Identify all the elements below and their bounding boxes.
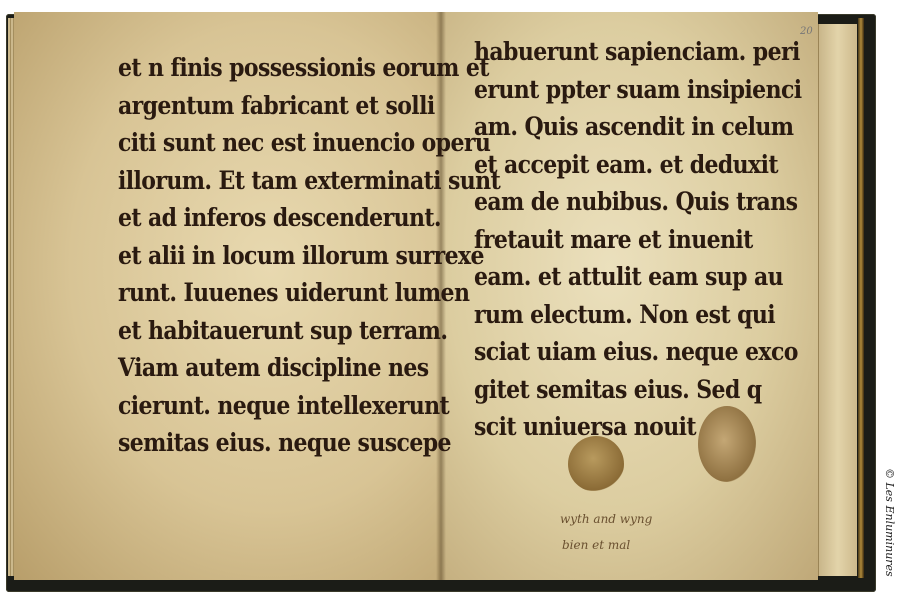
text-line: eam. et attulit eam sup au [474,256,802,299]
parchment-stain [698,406,756,482]
copyright-credit: © Les Enluminures [882,468,898,598]
text-line: sciat uiam eius. neque exco [474,331,802,374]
marginal-note: wyth and wyng [560,512,652,526]
text-line: habuerunt sapienciam. peri [474,31,802,74]
right-page-text: habuerunt sapienciam. peri erunt ppter s… [474,34,802,447]
left-page-text: et n finis possessionis eorum et argentu… [118,50,500,463]
cover-gilt-edge [858,18,864,578]
text-line: am. Quis ascendit in celum [474,106,802,149]
text-line: et n finis possessionis eorum et [118,47,500,90]
marginal-note: bien et mal [562,538,630,552]
text-line: Viam autem discipline nes [118,347,500,390]
text-line: citi sunt nec est inuencio operu [118,122,500,165]
text-line: runt. Iuuenes uiderunt lumen [118,272,500,315]
right-page-edges [818,24,857,576]
parchment-stain [568,436,624,492]
text-line: semitas eius. neque suscepe [118,422,500,465]
credit-text: © Les Enluminures [883,468,896,577]
text-line: et ad inferos descenderunt. [118,197,500,240]
folio-number: 20 [800,26,813,37]
text-line: eam de nubibus. Quis trans [474,181,802,224]
